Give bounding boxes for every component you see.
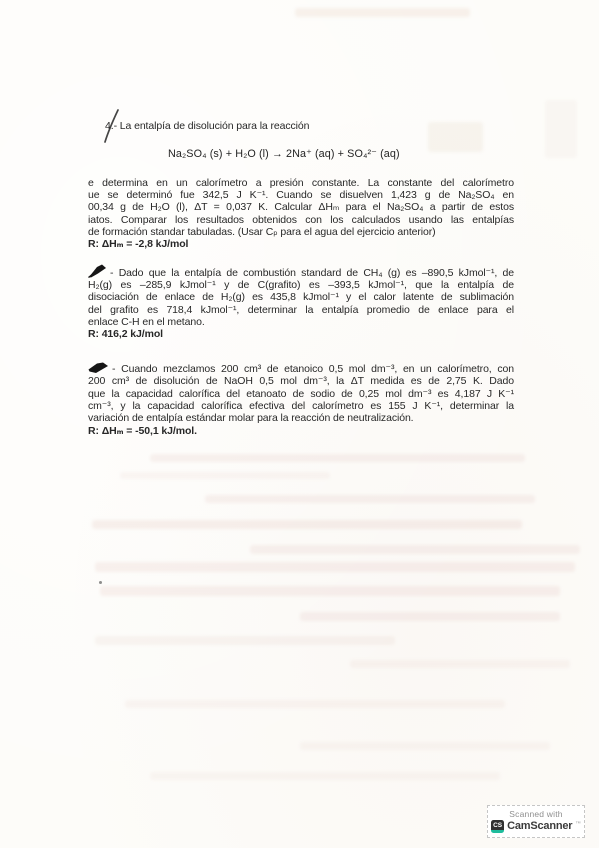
body-line-with-mark: - Dado que la entalpía de combustión sta… [88,264,514,279]
body-line: variación de entalpía estándar molar par… [88,412,514,424]
bleed-through-smudge [150,454,525,462]
exercise-4-answer: R: ΔHₘ = -2,8 kJ/mol [88,238,514,250]
body-line: - Cuando mezclamos 200 cm³ de etanoico 0… [112,363,514,375]
bleed-through-smudge [300,742,550,750]
camscanner-watermark: Scanned with CS CamScanner ™ [487,805,585,838]
trademark-symbol: ™ [575,820,581,828]
bleed-through-smudge [350,660,570,668]
bleed-through-smudge [205,495,535,503]
scanned-with-label: Scanned with [509,810,562,819]
bleed-through-smudge [300,612,560,621]
body-line: 200 cm³ de disolución de NaOH 0,5 mol dm… [88,375,514,387]
exercise-4-heading: 4 .- La entalpía de disolución para la r… [105,120,514,132]
exercise-6-body: - Cuando mezclamos 200 cm³ de etanoico 0… [88,362,514,437]
bleed-through-smudge [125,700,505,708]
body-line: H₂(g) es –285,9 kJmol⁻¹ y de C(grafito) … [88,279,514,291]
body-line: iatos. Comparar los resultados obtenidos… [88,214,514,226]
camscanner-logo-text: CS [493,819,502,832]
body-line: enlace C-H en el metano. [88,316,514,328]
body-line: ue se determinó fue 342,5 J K⁻¹. Cuando … [88,189,514,201]
bleed-through-smudge [150,772,500,780]
body-line: 00,34 g de H₂O (l), ΔT = 0,037 K. Calcul… [88,201,514,213]
exercises-text-block: 4 .- La entalpía de disolución para la r… [88,120,514,437]
bleed-through-smudge [250,545,580,554]
body-line: de formación standar tabuladas. (Usar Cₚ… [88,226,514,238]
bleed-through-smudge [95,636,395,645]
camscanner-brand-row: CS CamScanner ™ [491,820,581,833]
bleed-through-smudge [92,520,522,529]
exercise-6-answer: R: ΔHₘ = -50,1 kJ/mol. [88,425,514,437]
body-line: del grafito es 718,4 kJmol⁻¹, determinar… [88,304,514,316]
chemical-equation: Na₂SO₄ (s) + H₂O (l) → 2Na⁺ (aq) + SO₄²⁻… [88,148,514,160]
exercise-5-answer: R: 416,2 kJ/mol [88,328,514,340]
exercise-4-body: e determina en un calorímetro a presión … [88,177,514,251]
handwritten-scribble-mark [88,362,109,374]
body-line: que la capacidad calorífica del etanoato… [88,388,514,400]
exercise-4-title: .- La entalpía de disolución para la rea… [111,120,310,132]
bleed-through-smudge [100,586,560,596]
camscanner-brand-text: CamScanner [507,820,572,833]
ink-speck [99,581,102,584]
body-line: e determina en un calorímetro a presión … [88,177,514,189]
bleed-through-smudge [295,8,470,17]
body-line: - Dado que la entalpía de combustión sta… [110,267,514,279]
exercise-number-text: 4 [105,120,111,132]
bleed-through-smudge [120,472,330,479]
bleed-through-smudge [95,562,575,572]
handwritten-scribble-mark [88,264,107,278]
scanned-document-page: 4 .- La entalpía de disolución para la r… [0,0,599,848]
body-line: cm⁻³, y la capacidad calorífica efectiva… [88,400,514,412]
exercise-4-number: 4 [105,120,111,132]
bleed-through-smudge [545,100,577,158]
body-line: disociación de enlace de H₂(g) es 435,8 … [88,291,514,303]
body-line-with-mark: - Cuando mezclamos 200 cm³ de etanoico 0… [88,362,514,375]
camscanner-logo-icon: CS [491,820,504,833]
exercise-5-body: - Dado que la entalpía de combustión sta… [88,264,514,341]
